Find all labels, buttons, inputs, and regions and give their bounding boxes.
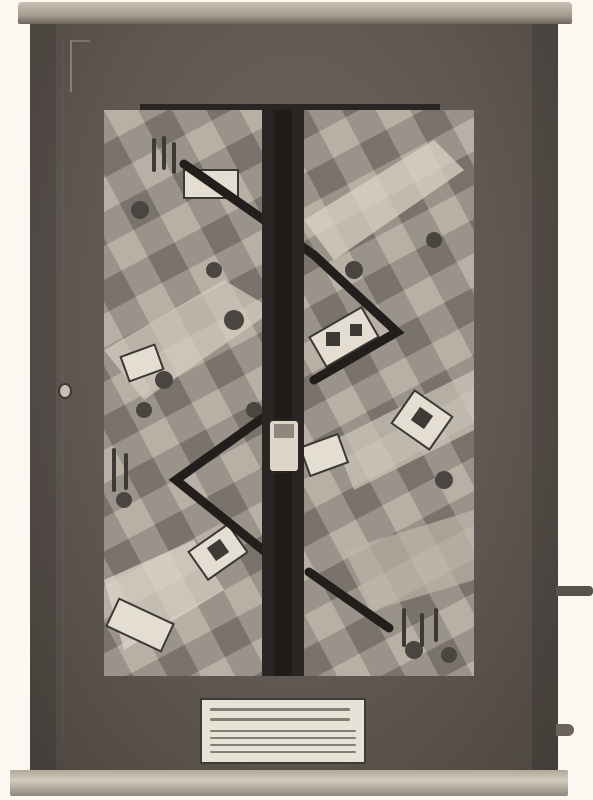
game-window (104, 110, 474, 676)
landscape-scene (104, 110, 474, 676)
game-cabinet (0, 0, 593, 800)
right-stile (532, 22, 558, 774)
left-stile (30, 22, 56, 774)
instruction-plaque (200, 698, 366, 764)
control-handle-top[interactable] (556, 586, 593, 596)
hinge-icon (70, 40, 90, 92)
bottom-molding (10, 770, 568, 796)
car-icon (269, 420, 299, 472)
keyhole-icon[interactable] (60, 385, 70, 397)
top-molding (18, 2, 572, 24)
control-handle-bottom[interactable] (556, 724, 574, 736)
